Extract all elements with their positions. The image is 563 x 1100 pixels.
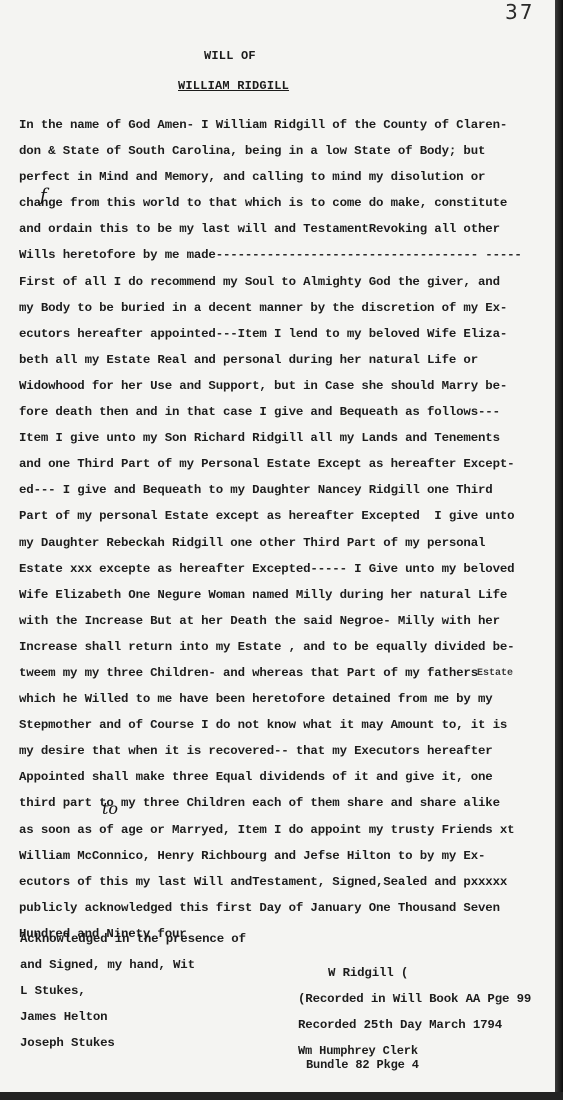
witness-line: Acknowledged in the presence of bbox=[20, 926, 246, 952]
body-line: Part of my personal Estate except as her… bbox=[19, 503, 549, 529]
body-line: Wife Elizabeth One Negure Woman named Mi… bbox=[19, 582, 549, 608]
body-line: fore death then and in that case I give … bbox=[19, 399, 549, 425]
body-line: my Daughter Rebeckah Ridgill one other T… bbox=[19, 530, 549, 556]
body-line: Appointed shall make three Equal dividen… bbox=[19, 764, 549, 790]
scan-edge-right bbox=[555, 0, 563, 1100]
body-line: and one Third Part of my Personal Estate… bbox=[19, 451, 549, 477]
witness-line: Joseph Stukes bbox=[20, 1030, 246, 1056]
body-line: Item I give unto my Son Richard Ridgill … bbox=[19, 425, 549, 451]
body-line: my Body to be buried in a decent manner … bbox=[19, 295, 549, 321]
recorded-date: Recorded 25th Day March 1794 bbox=[298, 1012, 531, 1038]
body-line: my desire that when it is recovered-- th… bbox=[19, 738, 549, 764]
interline-insertion: Estate bbox=[477, 668, 513, 679]
scan-edge-bottom bbox=[0, 1092, 563, 1100]
bundle-reference: Bundle 82 Pkge 4 bbox=[298, 1058, 531, 1072]
body-line: Widowhood for her Use and Support, but i… bbox=[19, 373, 549, 399]
body-line: First of all I do recommend my Soul to A… bbox=[19, 269, 549, 295]
body-line: tweem my my three Children- and whereas … bbox=[19, 660, 549, 686]
body-line: William McConnico, Henry Richbourg and J… bbox=[19, 843, 549, 869]
witness-line: L Stukes, bbox=[20, 978, 246, 1004]
testator-signature: W Ridgill ( bbox=[298, 960, 531, 986]
document-page: 37 WILL OF WILLIAM RIDGILL In the name o… bbox=[0, 0, 555, 1092]
witness-block: Acknowledged in the presence of and Sign… bbox=[20, 926, 246, 1056]
witness-line: James Helton bbox=[20, 1004, 246, 1030]
record-block: W Ridgill ( (Recorded in Will Book AA Pg… bbox=[298, 960, 531, 1072]
body-line: change from this world to that which is … bbox=[19, 190, 549, 216]
body-line: with the Increase But at her Death the s… bbox=[19, 608, 549, 634]
body-line: and ordain this to be my last will and T… bbox=[19, 216, 549, 242]
page-number: 37 bbox=[505, 0, 534, 24]
body-line: don & State of South Carolina, being in … bbox=[19, 138, 549, 164]
recorded-book: (Recorded in Will Book AA Pge 99 bbox=[298, 986, 531, 1012]
body-line: ed--- I give and Bequeath to my Daughter… bbox=[19, 477, 549, 503]
body-line: Stepmother and of Course I do not know w… bbox=[19, 712, 549, 738]
body-line: publicly acknowledged this first Day of … bbox=[19, 895, 549, 921]
document-title: WILL OF bbox=[204, 49, 563, 63]
body-line: ecutors of this my last Will andTestamen… bbox=[19, 869, 549, 895]
body-line: perfect in Mind and Memory, and calling … bbox=[19, 164, 549, 190]
witness-line: and Signed, my hand, Wit bbox=[20, 952, 246, 978]
body-line: beth all my Estate Real and personal dur… bbox=[19, 347, 549, 373]
body-line: Estate xxx excepte as hereafter Excepted… bbox=[19, 556, 549, 582]
handwritten-correction-mark: f bbox=[40, 185, 47, 206]
body-line: as soon as of age or Marryed, Item I do … bbox=[19, 817, 549, 843]
body-line: ecutors hereafter appointed---Item I len… bbox=[19, 321, 549, 347]
body-line: Increase shall return into my Estate , a… bbox=[19, 634, 549, 660]
handwritten-correction-mark: to bbox=[102, 799, 118, 818]
document-subtitle: WILLIAM RIDGILL bbox=[178, 79, 563, 93]
body-line: In the name of God Amen- I William Ridgi… bbox=[19, 112, 549, 138]
body-line: third part to my three Children each of … bbox=[19, 790, 549, 816]
clerk-name: Wm Humphrey Clerk bbox=[298, 1044, 531, 1058]
will-body: In the name of God Amen- I William Ridgi… bbox=[19, 112, 549, 947]
body-line: Wills heretofore by me made-------------… bbox=[19, 242, 549, 268]
body-line: which he Willed to me have been heretofo… bbox=[19, 686, 549, 712]
